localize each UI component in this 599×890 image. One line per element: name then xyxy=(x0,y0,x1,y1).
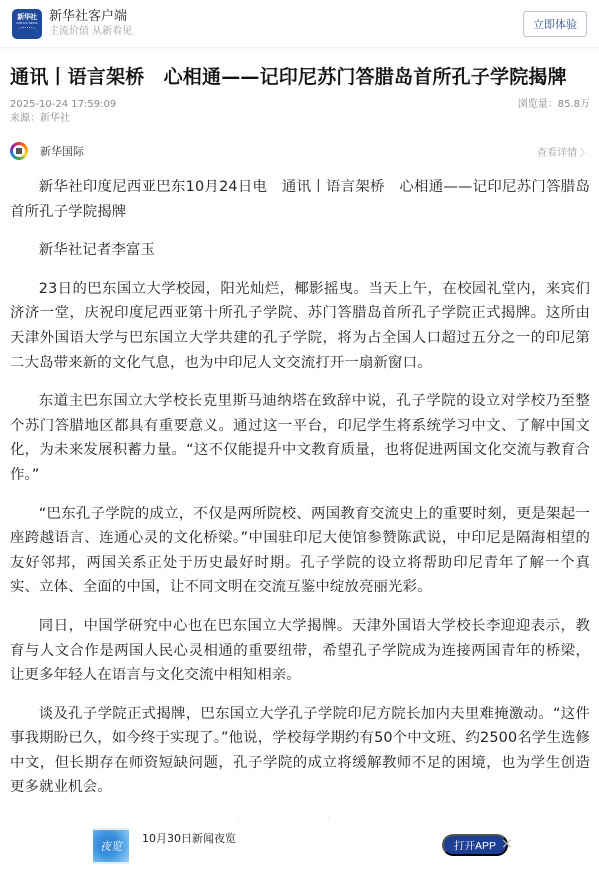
article-body: 新华社印度尼西亚巴东10月24日电 通讯丨语言架桥 心相通——记印尼苏门答腊岛首… xyxy=(10,175,590,852)
article-source: 来源：新华社 xyxy=(10,112,590,125)
open-app-button[interactable]: 打开APP xyxy=(442,834,508,856)
app-meta: 新华社客户端 主流价值 从新看见 xyxy=(49,9,132,39)
xinhua-international-icon xyxy=(10,142,28,160)
paragraph: 同日，中国学研究中心也在巴东国立大学揭牌。天津外国语大学校长李迎迎表示，教育与人… xyxy=(10,614,590,688)
paragraph-byline: 新华社记者李富玉 xyxy=(10,238,590,263)
paragraph: 23日的巴东国立大学校园，阳光灿烂，椰影摇曳。当天上午，在校园礼堂内，来宾们济济… xyxy=(10,277,590,375)
xinhua-app-logo: 新华社 XINHUA NEWS xyxy=(12,9,42,39)
view-detail-label: 查看详情 xyxy=(537,144,577,159)
view-detail-link[interactable]: 查看详情 〉 xyxy=(537,144,590,159)
channel-row[interactable]: 新华国际 查看详情 〉 xyxy=(10,141,590,161)
close-icon[interactable]: × xyxy=(501,835,513,853)
view-count: 浏览量：85.8万 xyxy=(518,98,590,111)
app-slogan: 主流价值 从新看见 xyxy=(49,25,132,39)
paragraph-dateline: 新华社印度尼西亚巴东10月24日电 通讯丨语言架桥 心相通——记印尼苏门答腊岛首… xyxy=(10,175,590,224)
chevron-right-icon: 〉 xyxy=(580,144,590,159)
try-now-button[interactable]: 立即体验 xyxy=(523,11,587,37)
banner-title[interactable]: 10月30日新闻夜览 xyxy=(142,830,236,846)
logo-text: 新华社 xyxy=(17,14,37,21)
logo-arc-icon xyxy=(17,27,37,33)
logo-subtext: XINHUA NEWS xyxy=(16,22,38,25)
paragraph: “巴东孔子学院的成立，不仅是两所院校、两国教育交流史上的重要时刻，更是架起一座跨… xyxy=(10,502,590,600)
channel-name[interactable]: 新华国际 xyxy=(40,143,84,159)
news-recap-thumbnail[interactable]: 夜览 xyxy=(93,828,129,864)
paragraph: 谈及孔子学院正式揭牌，巴东国立大学孔子学院印尼方院长加内夫里难掩激动。“这件事我… xyxy=(10,702,590,800)
article-meta: 2025-10-24 17:59:09 浏览量：85.8万 xyxy=(10,98,590,111)
article: 通讯丨语言架桥 心相通——记印尼苏门答腊岛首所孔子学院揭牌 2025-10-24… xyxy=(0,64,599,852)
article-title: 通讯丨语言架桥 心相通——记印尼苏门答腊岛首所孔子学院揭牌 xyxy=(10,64,590,90)
paragraph: 东道主巴东国立大学校长克里斯马迪纳塔在致辞中说，孔子学院的设立对学校乃至整个苏门… xyxy=(10,389,590,487)
publish-datetime: 2025-10-24 17:59:09 xyxy=(10,98,116,111)
app-download-header: 新华社 XINHUA NEWS 新华社客户端 主流价值 从新看见 立即体验 xyxy=(0,0,599,48)
app-name: 新华社客户端 xyxy=(49,9,132,25)
open-app-banner[interactable]: 夜览 10月30日新闻夜览 打开APP × xyxy=(0,818,599,890)
